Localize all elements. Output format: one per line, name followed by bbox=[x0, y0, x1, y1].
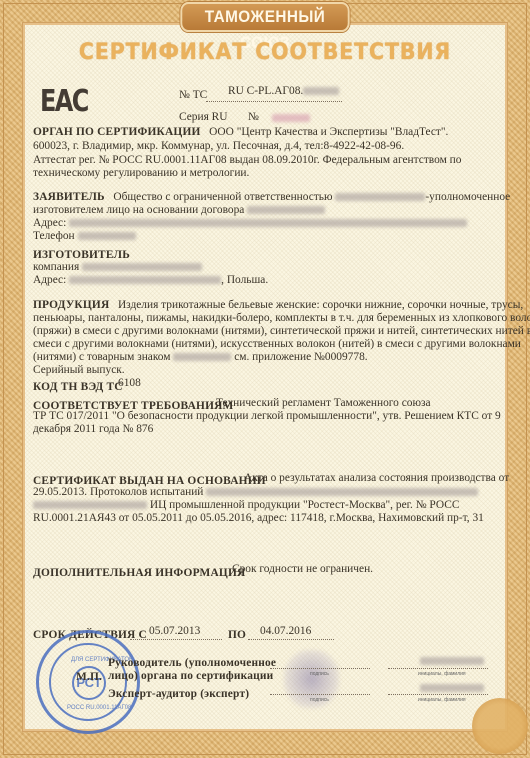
redacted-applicant-address bbox=[69, 219, 467, 227]
certificate-number-value: RU C-PL.АГ08. bbox=[228, 85, 303, 97]
redacted-phone bbox=[78, 232, 136, 240]
seal-label: М.П. bbox=[76, 671, 102, 685]
basis-line-1: Акта о результатах анализа состояния про… bbox=[244, 472, 509, 486]
redacted-trademark bbox=[173, 353, 231, 361]
head-signature-line bbox=[270, 668, 370, 669]
applicant-label: ЗАЯВИТЕЛЬ bbox=[33, 191, 105, 203]
basis-line-3: ИЦ промышленной продукции "Ростест-Москв… bbox=[33, 499, 459, 513]
redacted-contract bbox=[247, 206, 325, 214]
product-label: ПРОДУКЦИЯ bbox=[33, 299, 109, 311]
certificate-number: RU C-PL.АГ08. bbox=[228, 85, 339, 99]
certification-body-name: ООО "Центр Качества и Экспертизы "ВладТе… bbox=[209, 126, 448, 138]
certification-body-attestat: Аттестат рег. № РОСС RU.0001.11АГ08 выда… bbox=[33, 154, 461, 168]
product-line-3: (пряжи) в смеси с другими волокнами (нит… bbox=[33, 325, 530, 339]
expert-name-caption: инициалы, фамилия bbox=[418, 697, 466, 703]
certificate: ТАМОЖЕННЫЙ СОЮЗ СЕРТИФИКАТ СООТВЕТСТВИЯ … bbox=[0, 0, 530, 758]
applicant-phone-label: Телефон bbox=[33, 230, 75, 242]
redacted-applicant-name bbox=[335, 193, 425, 201]
product-line-2: пеньюары, панталоны, пижамы, накидки-бол… bbox=[33, 312, 530, 326]
eac-logo: ЕАС bbox=[40, 84, 88, 119]
redacted-protocols bbox=[206, 488, 478, 496]
applicant-contract-label: изготовителем лицо на основании договора bbox=[33, 204, 244, 216]
basis-line-4: RU.0001.21АЯ43 от 05.05.2011 до 05.05.20… bbox=[33, 512, 484, 526]
certification-body-label: ОРГАН ПО СЕРТИФИКАЦИИ bbox=[33, 126, 201, 138]
certification-body-agency: техническому регулированию и метрологии. bbox=[33, 167, 249, 181]
requirements-line-1: Технический регламент Таможенного союза bbox=[216, 397, 431, 411]
trademark-label: (нитями) с товарным знаком bbox=[33, 351, 171, 363]
applicant-address-label: Адрес: bbox=[33, 217, 66, 229]
redacted-series-number bbox=[272, 114, 310, 122]
manufacturer-address: Адрес: , Польша. bbox=[33, 274, 268, 288]
requirements-line-2: ТР ТС 017/2011 "О безопасности продукции… bbox=[33, 410, 501, 424]
number-underline bbox=[206, 101, 342, 102]
customs-union-banner: ТАМОЖЕННЫЙ СОЮЗ bbox=[180, 2, 349, 32]
gold-seal-icon bbox=[472, 698, 528, 754]
product-line-5: (нитями) с товарным знаком см. приложени… bbox=[33, 351, 368, 365]
validity-from: 05.07.2013 bbox=[149, 625, 200, 639]
head-label-line-1: Руководитель (уполномоченное bbox=[108, 657, 276, 671]
series-number-label: № bbox=[248, 111, 259, 125]
head-label-line-2: лицо) органа по сертификации bbox=[108, 670, 273, 684]
certification-body-address: 600023, г. Владимир, мкр. Коммунар, ул. … bbox=[33, 140, 404, 154]
manufacturer-country: , Польша. bbox=[221, 274, 268, 286]
expert-name-line bbox=[388, 694, 488, 695]
redacted-expert-name bbox=[420, 684, 484, 692]
validity-from-underline bbox=[130, 639, 222, 640]
additional-info-label: ДОПОЛНИТЕЛЬНАЯ ИНФОРМАЦИЯ bbox=[33, 567, 245, 581]
applicant-phone: Телефон bbox=[33, 230, 136, 244]
number-label: № ТС bbox=[179, 89, 207, 103]
redacted-company bbox=[82, 263, 202, 271]
product: ПРОДУКЦИЯ Изделия трикотажные бельевые ж… bbox=[33, 299, 523, 313]
product-line-6: Серийный выпуск. bbox=[33, 364, 125, 378]
stamp-bottom-text: РОСС RU.0001.11АГ08 bbox=[67, 705, 131, 711]
redacted-head-name bbox=[420, 657, 484, 665]
product-line-1: Изделия трикотажные бельевые женские: со… bbox=[118, 299, 523, 311]
head-name-caption: инициалы, фамилия bbox=[418, 671, 466, 677]
manufacturer-company-label: компания bbox=[33, 261, 79, 273]
redacted-manufacturer-address bbox=[69, 276, 221, 284]
applicant-type: Общество с ограниченной ответственностью bbox=[113, 191, 332, 203]
applicant-contract: изготовителем лицо на основании договора bbox=[33, 204, 325, 218]
tn-ved-label: КОД ТН ВЭД ТС bbox=[33, 381, 123, 395]
validity-to-underline bbox=[248, 639, 334, 640]
redacted-number bbox=[303, 87, 339, 95]
applicant-role: -уполномоченное bbox=[425, 191, 510, 203]
certification-body: ОРГАН ПО СЕРТИФИКАЦИИ ООО "Центр Качеств… bbox=[33, 126, 448, 140]
expert-label: Эксперт-аудитор (эксперт) bbox=[108, 688, 249, 702]
validity-to-label: ПО bbox=[228, 629, 246, 643]
tn-ved-value: 6108 bbox=[118, 377, 141, 391]
manufacturer-company: компания bbox=[33, 261, 202, 275]
appendix-ref: см. приложение №0009778. bbox=[234, 351, 367, 363]
manufacturer-address-label: Адрес: bbox=[33, 274, 66, 286]
redacted-protocols-date bbox=[33, 501, 147, 509]
validity-to: 04.07.2016 bbox=[260, 625, 311, 639]
applicant: ЗАЯВИТЕЛЬ Общество с ограниченной ответс… bbox=[33, 191, 510, 205]
head-signature-caption: подпись bbox=[310, 671, 329, 677]
expert-signature-caption: подпись bbox=[310, 697, 329, 703]
product-line-4: смеси с другими волокнами (нитями), иску… bbox=[33, 338, 521, 352]
additional-info-value: Срок годности не ограничен. bbox=[232, 563, 373, 577]
certificate-title: СЕРТИФИКАТ СООТВЕТСТВИЯ bbox=[19, 40, 512, 65]
head-name-line bbox=[388, 668, 488, 669]
series-label: Серия RU bbox=[179, 111, 228, 125]
test-lab: ИЦ промышленной продукции "Ростест-Москв… bbox=[150, 499, 460, 511]
test-protocols-label: 29.05.2013. Протоколов испытаний bbox=[33, 486, 203, 498]
basis-line-2: 29.05.2013. Протоколов испытаний bbox=[33, 486, 478, 500]
requirements-line-3: декабря 2011 года № 876 bbox=[33, 423, 153, 437]
applicant-address: Адрес: bbox=[33, 217, 467, 231]
expert-signature-line bbox=[270, 694, 370, 695]
